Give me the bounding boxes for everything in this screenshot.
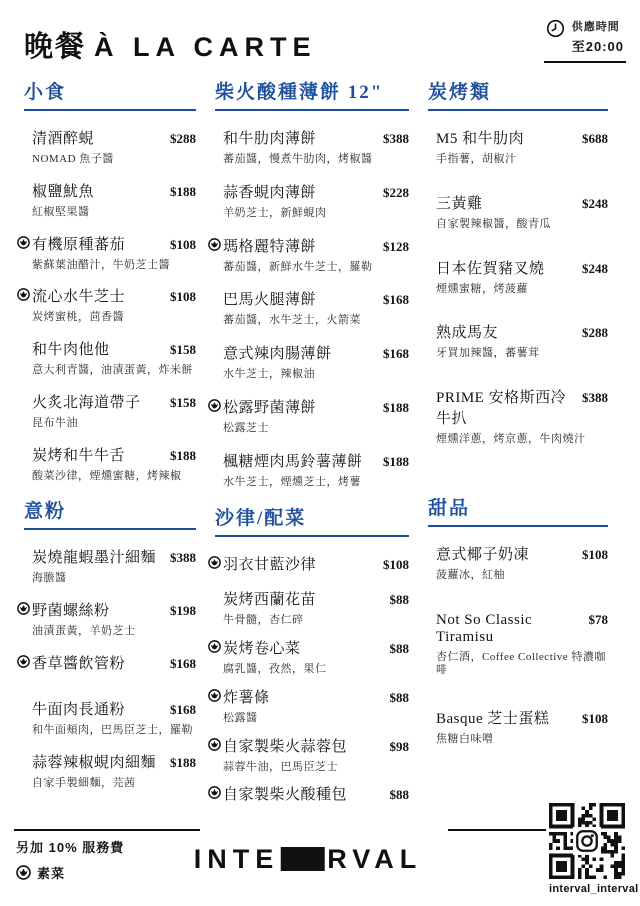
item-name: 流心水牛芝士 bbox=[32, 285, 162, 306]
footer-divider-left bbox=[14, 829, 200, 831]
menu-item: M5 和牛肋肉$688手指薯，胡椒汁 bbox=[436, 127, 608, 167]
instagram-handle: interval_interval bbox=[549, 883, 625, 895]
veg-leaf-icon bbox=[208, 738, 221, 751]
item-description: 自家製辣椒醬，酸青瓜 bbox=[436, 218, 608, 232]
menu-item: 香草醬飲管粉$168 bbox=[32, 652, 196, 673]
section-charcoal-grill: 炭烤類 M5 和牛肋肉$688手指薯，胡椒汁三黃雞$248自家製辣椒醬，酸青瓜日… bbox=[428, 77, 608, 447]
item-description: 蕃茄醬，新鮮水牛芝士，羅勒 bbox=[223, 261, 409, 275]
section-items: 羽衣甘藍沙律$108炭烤西蘭花苗$88牛骨髓，杏仁碎 炭烤卷心菜$88腐乳醬，孜… bbox=[215, 553, 409, 804]
menu-item: 清酒醉蜆$288NOMAD 魚子醬 bbox=[32, 127, 196, 167]
item-description: 海膽醬 bbox=[32, 572, 196, 586]
item-name: 野菌螺絲粉 bbox=[32, 599, 162, 620]
menu-item: 蒜香蜆肉薄餅$228羊奶芝士，新鮮蜆肉 bbox=[223, 181, 409, 221]
item-name: 炭烤西蘭花苗 bbox=[223, 588, 382, 609]
item-name: 炭烤卷心菜 bbox=[223, 637, 382, 658]
section-items: 意式椰子奶凍$108菠蘿冰，紅柚Not So Classic Tiramisu$… bbox=[428, 543, 608, 747]
instagram-icon bbox=[573, 827, 601, 855]
veg-leaf-icon bbox=[16, 865, 31, 880]
menu-item: 羽衣甘藍沙律$108 bbox=[223, 553, 409, 574]
item-description: 炭烤蜜桃，茴香醬 bbox=[32, 311, 196, 325]
serving-label: 供應時間 bbox=[572, 18, 624, 34]
item-price: $88 bbox=[390, 787, 410, 803]
item-price: $168 bbox=[383, 292, 409, 308]
item-name: 瑪格麗特薄餅 bbox=[223, 235, 375, 256]
item-price: $248 bbox=[582, 196, 608, 212]
veg-leaf-icon bbox=[208, 399, 221, 412]
item-price: $248 bbox=[582, 261, 608, 277]
item-description: 蒜蓉牛油，巴馬臣芝士 bbox=[223, 761, 409, 775]
menu-item: 自家製柴火酸種包$88 bbox=[223, 783, 409, 804]
item-description: 和牛面頰肉，巴馬臣芝士，羅勒 bbox=[32, 724, 196, 738]
menu-item: 炸薯條$88松露醬 bbox=[223, 686, 409, 726]
item-description: 煙燻蜜糖，烤菠蘿 bbox=[436, 283, 608, 297]
menu-item: 三黃雞$248自家製辣椒醬，酸青瓜 bbox=[436, 192, 608, 232]
menu-item: 牛面肉長通粉$168和牛面頰肉，巴馬臣芝士，羅勒 bbox=[32, 698, 196, 738]
item-price: $98 bbox=[390, 739, 410, 755]
section-title: 柴火酸種薄餅 12" bbox=[215, 77, 409, 104]
menu-item: 炭烤和牛牛舌$188酸菜沙律，煙燻蜜糖，烤辣椒 bbox=[32, 444, 196, 484]
section-items: 清酒醉蜆$288NOMAD 魚子醬椒鹽魷魚$188紅椒堅果醬 有機原種蕃茄$10… bbox=[24, 127, 196, 483]
qr-code bbox=[549, 803, 625, 879]
section-items: 和牛肋肉薄餅$388蕃茄醬，慢煮牛肋肉，烤椒醬蒜香蜆肉薄餅$228羊奶芝士，新鮮… bbox=[215, 127, 409, 489]
serving-time-badge: 供應時間 至20:00 bbox=[544, 18, 626, 63]
section-items: 炭燒龍蝦墨汁細麵$388海膽醬 野菌螺絲粉$198油漬蛋黃，羊奶芝士 香草醬飲管… bbox=[24, 546, 196, 790]
item-price: $78 bbox=[589, 612, 609, 628]
section-title: 意粉 bbox=[24, 496, 196, 523]
item-description: 松露醬 bbox=[223, 712, 409, 726]
menu-item: 巴馬火腿薄餅$168蕃茄醬，水牛芝士，火箭菜 bbox=[223, 288, 409, 328]
section-underline bbox=[215, 535, 409, 537]
section-underline bbox=[428, 109, 608, 111]
section-title: 小食 bbox=[24, 77, 196, 104]
item-description: 油漬蛋黃，羊奶芝士 bbox=[32, 625, 196, 639]
item-description: 自家手製細麵，芫茜 bbox=[32, 777, 196, 791]
veg-leaf-icon bbox=[208, 689, 221, 702]
menu-item: 熟成馬友$288牙買加辣醬，蕃薯茸 bbox=[436, 321, 608, 361]
interval-logo: INTERVAL bbox=[184, 844, 433, 875]
item-price: $158 bbox=[170, 342, 196, 358]
menu-item: 野菌螺絲粉$198油漬蛋黃，羊奶芝士 bbox=[32, 599, 196, 639]
menu-item: 蒜蓉辣椒蜆肉細麵$188自家手製細麵，芫茜 bbox=[32, 751, 196, 791]
item-name: 楓糖煙肉馬鈴薯薄餅 bbox=[223, 450, 375, 471]
item-price: $188 bbox=[170, 448, 196, 464]
item-description: 牛骨髓，杏仁碎 bbox=[223, 614, 409, 628]
item-description: 煙燻洋蔥，烤京蔥，牛肉燒汁 bbox=[436, 433, 608, 447]
item-name: Basque 芝士蛋糕 bbox=[436, 707, 574, 728]
page-title-latin: À LA CARTE bbox=[94, 32, 317, 62]
item-description: 紫蘇葉油醋汁，牛奶芝士醬 bbox=[32, 259, 196, 273]
item-price: $88 bbox=[390, 690, 410, 706]
item-name: PRIME 安格斯西冷牛扒 bbox=[436, 386, 574, 428]
item-description: 松露芝士 bbox=[223, 422, 409, 436]
item-description: 昆布牛油 bbox=[32, 417, 196, 431]
section-salad-sides: 沙律/配菜 羽衣甘藍沙律$108炭烤西蘭花苗$88牛骨髓，杏仁碎 炭烤卷心菜$8… bbox=[215, 503, 409, 804]
veg-leaf-icon bbox=[208, 640, 221, 653]
menu-grid: 小食 清酒醉蜆$288NOMAD 魚子醬椒鹽魷魚$188紅椒堅果醬 有機原種蕃茄… bbox=[0, 65, 640, 818]
menu-item: 火炙北海道帶子$158昆布牛油 bbox=[32, 391, 196, 431]
item-name: 炭烤和牛牛舌 bbox=[32, 444, 162, 465]
item-description: 水牛芝士，煙燻芝士，烤薯 bbox=[223, 476, 409, 490]
item-name: 有機原種蕃茄 bbox=[32, 233, 162, 254]
item-name: 和牛肋肉薄餅 bbox=[223, 127, 375, 148]
item-price: $88 bbox=[390, 592, 410, 608]
item-name: 炭燒龍蝦墨汁細麵 bbox=[32, 546, 162, 567]
item-price: $388 bbox=[170, 550, 196, 566]
section-items: M5 和牛肋肉$688手指薯，胡椒汁三黃雞$248自家製辣椒醬，酸青瓜日本佐賀豬… bbox=[428, 127, 608, 447]
item-price: $198 bbox=[170, 603, 196, 619]
item-name: 蒜蓉辣椒蜆肉細麵 bbox=[32, 751, 162, 772]
section-underline bbox=[215, 109, 409, 111]
item-description: 蕃茄醬，慢煮牛肋肉，烤椒醬 bbox=[223, 153, 409, 167]
item-name: 蒜香蜆肉薄餅 bbox=[223, 181, 375, 202]
logo-text-prefix: INTE bbox=[194, 844, 280, 874]
item-description: 腐乳醬，孜然，果仁 bbox=[223, 663, 409, 677]
item-name: 自家製柴火酸種包 bbox=[223, 783, 382, 804]
item-name: 熟成馬友 bbox=[436, 321, 574, 342]
item-price: $388 bbox=[383, 131, 409, 147]
item-price: $108 bbox=[170, 289, 196, 305]
item-price: $108 bbox=[582, 547, 608, 563]
service-charge-note: 另加 10% 服務費 bbox=[16, 837, 124, 856]
menu-item: 自家製柴火蒜蓉包$98蒜蓉牛油，巴馬臣芝士 bbox=[223, 735, 409, 775]
item-name: M5 和牛肋肉 bbox=[436, 127, 574, 148]
item-name: 椒鹽魷魚 bbox=[32, 180, 162, 201]
logo-black-block bbox=[280, 847, 324, 871]
column-right: 炭烤類 M5 和牛肋肉$688手指薯，胡椒汁三黃雞$248自家製辣椒醬，酸青瓜日… bbox=[428, 77, 608, 818]
section-title: 炭烤類 bbox=[428, 77, 608, 104]
item-description: 意大利青醬，油漬蛋黃，炸米餅 bbox=[32, 364, 196, 378]
item-price: $688 bbox=[582, 131, 608, 147]
item-price: $288 bbox=[582, 325, 608, 341]
item-price: $168 bbox=[383, 346, 409, 362]
item-name: 巴馬火腿薄餅 bbox=[223, 288, 375, 309]
column-left: 小食 清酒醉蜆$288NOMAD 魚子醬椒鹽魷魚$188紅椒堅果醬 有機原種蕃茄… bbox=[24, 77, 196, 818]
menu-item: 有機原種蕃茄$108紫蘇葉油醋汁，牛奶芝士醬 bbox=[32, 233, 196, 273]
menu-item: 松露野菌薄餅$188松露芝士 bbox=[223, 396, 409, 436]
veg-leaf-icon bbox=[17, 602, 30, 615]
footer-notes: 另加 10% 服務費 素菜 bbox=[16, 837, 124, 882]
item-description: 酸菜沙律，煙燻蜜糖，烤辣椒 bbox=[32, 470, 196, 484]
item-price: $388 bbox=[582, 390, 608, 406]
item-description: 蕃茄醬，水牛芝士，火箭菜 bbox=[223, 314, 409, 328]
item-name: 和牛肉他他 bbox=[32, 338, 162, 359]
veg-leaf-icon bbox=[208, 238, 221, 251]
section-underline bbox=[24, 109, 196, 111]
menu-item: 和牛肉他他$158意大利青醬，油漬蛋黃，炸米餅 bbox=[32, 338, 196, 378]
item-name: 自家製柴火蒜蓉包 bbox=[223, 735, 382, 756]
menu-item: 炭烤卷心菜$88腐乳醬，孜然，果仁 bbox=[223, 637, 409, 677]
menu-item: 椒鹽魷魚$188紅椒堅果醬 bbox=[32, 180, 196, 220]
menu-item: Basque 芝士蛋糕$108焦糖白味噌 bbox=[436, 707, 608, 747]
footer-divider-right bbox=[448, 829, 546, 831]
item-price: $128 bbox=[383, 239, 409, 255]
item-name: 牛面肉長通粉 bbox=[32, 698, 162, 719]
item-description: 紅椒堅果醬 bbox=[32, 206, 196, 220]
item-price: $188 bbox=[383, 454, 409, 470]
veg-leaf-icon bbox=[17, 655, 30, 668]
serving-until-time: 至20:00 bbox=[572, 36, 624, 55]
item-price: $168 bbox=[170, 656, 196, 672]
item-description: 焦糖白味噌 bbox=[436, 733, 608, 747]
clock-icon bbox=[546, 19, 565, 38]
veg-leaf-icon bbox=[208, 786, 221, 799]
menu-item: 意式辣肉腸薄餅$168水牛芝士，辣椒油 bbox=[223, 342, 409, 382]
item-name: 香草醬飲管粉 bbox=[32, 652, 162, 673]
item-price: $88 bbox=[390, 641, 410, 657]
item-name: 日本佐賀豬叉燒 bbox=[436, 257, 574, 278]
serving-time-text: 供應時間 至20:00 bbox=[572, 18, 624, 55]
item-name: 羽衣甘藍沙律 bbox=[223, 553, 375, 574]
page-title-cjk: 晚餐 bbox=[24, 31, 86, 63]
section-pasta: 意粉 炭燒龍蝦墨汁細麵$388海膽醬 野菌螺絲粉$198油漬蛋黃，羊奶芝士 香草… bbox=[24, 496, 196, 790]
item-price: $168 bbox=[170, 702, 196, 718]
menu-item: 瑪格麗特薄餅$128蕃茄醬，新鮮水牛芝士，羅勒 bbox=[223, 235, 409, 275]
veg-leaf-icon bbox=[208, 556, 221, 569]
item-description: 杏仁酒，Coffee Collective 特濃咖啡 bbox=[436, 651, 608, 679]
veg-leaf-icon bbox=[17, 236, 30, 249]
menu-item: 炭烤西蘭花苗$88牛骨髓，杏仁碎 bbox=[223, 588, 409, 628]
item-price: $188 bbox=[383, 400, 409, 416]
section-underline bbox=[428, 525, 608, 527]
instagram-qr: interval_interval bbox=[549, 803, 625, 895]
item-price: $228 bbox=[383, 185, 409, 201]
column-middle: 柴火酸種薄餅 12" 和牛肋肉薄餅$388蕃茄醬，慢煮牛肋肉，烤椒醬蒜香蜆肉薄餅… bbox=[215, 77, 409, 818]
menu-item: 流心水牛芝士$108炭烤蜜桃，茴香醬 bbox=[32, 285, 196, 325]
item-name: 意式辣肉腸薄餅 bbox=[223, 342, 375, 363]
item-name: 意式椰子奶凍 bbox=[436, 543, 574, 564]
section-title: 沙律/配菜 bbox=[215, 503, 409, 530]
section-title: 甜品 bbox=[428, 493, 608, 520]
menu-item: 日本佐賀豬叉燒$248煙燻蜜糖，烤菠蘿 bbox=[436, 257, 608, 297]
item-name: 松露野菌薄餅 bbox=[223, 396, 375, 417]
item-description: 羊奶芝士，新鮮蜆肉 bbox=[223, 207, 409, 221]
logo-text-suffix: RVAL bbox=[327, 844, 422, 874]
menu-item: 楓糖煙肉馬鈴薯薄餅$188水牛芝士，煙燻芝士，烤薯 bbox=[223, 450, 409, 490]
veg-leaf-icon bbox=[17, 288, 30, 301]
page-title: 晚餐À LA CARTE bbox=[24, 24, 317, 65]
item-price: $188 bbox=[170, 184, 196, 200]
item-price: $108 bbox=[582, 711, 608, 727]
menu-item: 和牛肋肉薄餅$388蕃茄醬，慢煮牛肋肉，烤椒醬 bbox=[223, 127, 409, 167]
item-price: $158 bbox=[170, 395, 196, 411]
item-description: 牙買加辣醬，蕃薯茸 bbox=[436, 347, 608, 361]
item-description: 手指薯，胡椒汁 bbox=[436, 153, 608, 167]
veg-legend-label: 素菜 bbox=[37, 863, 65, 882]
item-name: 清酒醉蜆 bbox=[32, 127, 162, 148]
section-dessert: 甜品 意式椰子奶凍$108菠蘿冰，紅柚Not So Classic Tirami… bbox=[428, 493, 608, 747]
veg-legend: 素菜 bbox=[16, 863, 124, 882]
item-name: 炸薯條 bbox=[223, 686, 382, 707]
item-price: $108 bbox=[170, 237, 196, 253]
menu-item: Not So Classic Tiramisu$78杏仁酒，Coffee Col… bbox=[436, 612, 608, 679]
menu-item: PRIME 安格斯西冷牛扒$388煙燻洋蔥，烤京蔥，牛肉燒汁 bbox=[436, 386, 608, 447]
menu-item: 意式椰子奶凍$108菠蘿冰，紅柚 bbox=[436, 543, 608, 583]
dinner-menu-page: 晚餐À LA CARTE 供應時間 至20:00 小食 清酒醉蜆$288NOMA… bbox=[0, 0, 640, 906]
section-underline bbox=[24, 528, 196, 530]
item-description: 菠蘿冰，紅柚 bbox=[436, 569, 608, 583]
item-name: Not So Classic Tiramisu bbox=[436, 612, 581, 646]
section-pizza: 柴火酸種薄餅 12" 和牛肋肉薄餅$388蕃茄醬，慢煮牛肋肉，烤椒醬蒜香蜆肉薄餅… bbox=[215, 77, 409, 489]
item-price: $188 bbox=[170, 755, 196, 771]
section-snacks: 小食 清酒醉蜆$288NOMAD 魚子醬椒鹽魷魚$188紅椒堅果醬 有機原種蕃茄… bbox=[24, 77, 196, 483]
menu-header: 晚餐À LA CARTE 供應時間 至20:00 bbox=[0, 0, 640, 65]
item-name: 三黃雞 bbox=[436, 192, 574, 213]
item-description: NOMAD 魚子醬 bbox=[32, 153, 196, 167]
menu-item: 炭燒龍蝦墨汁細麵$388海膽醬 bbox=[32, 546, 196, 586]
item-price: $288 bbox=[170, 131, 196, 147]
item-description: 水牛芝士，辣椒油 bbox=[223, 368, 409, 382]
item-price: $108 bbox=[383, 557, 409, 573]
item-name: 火炙北海道帶子 bbox=[32, 391, 162, 412]
